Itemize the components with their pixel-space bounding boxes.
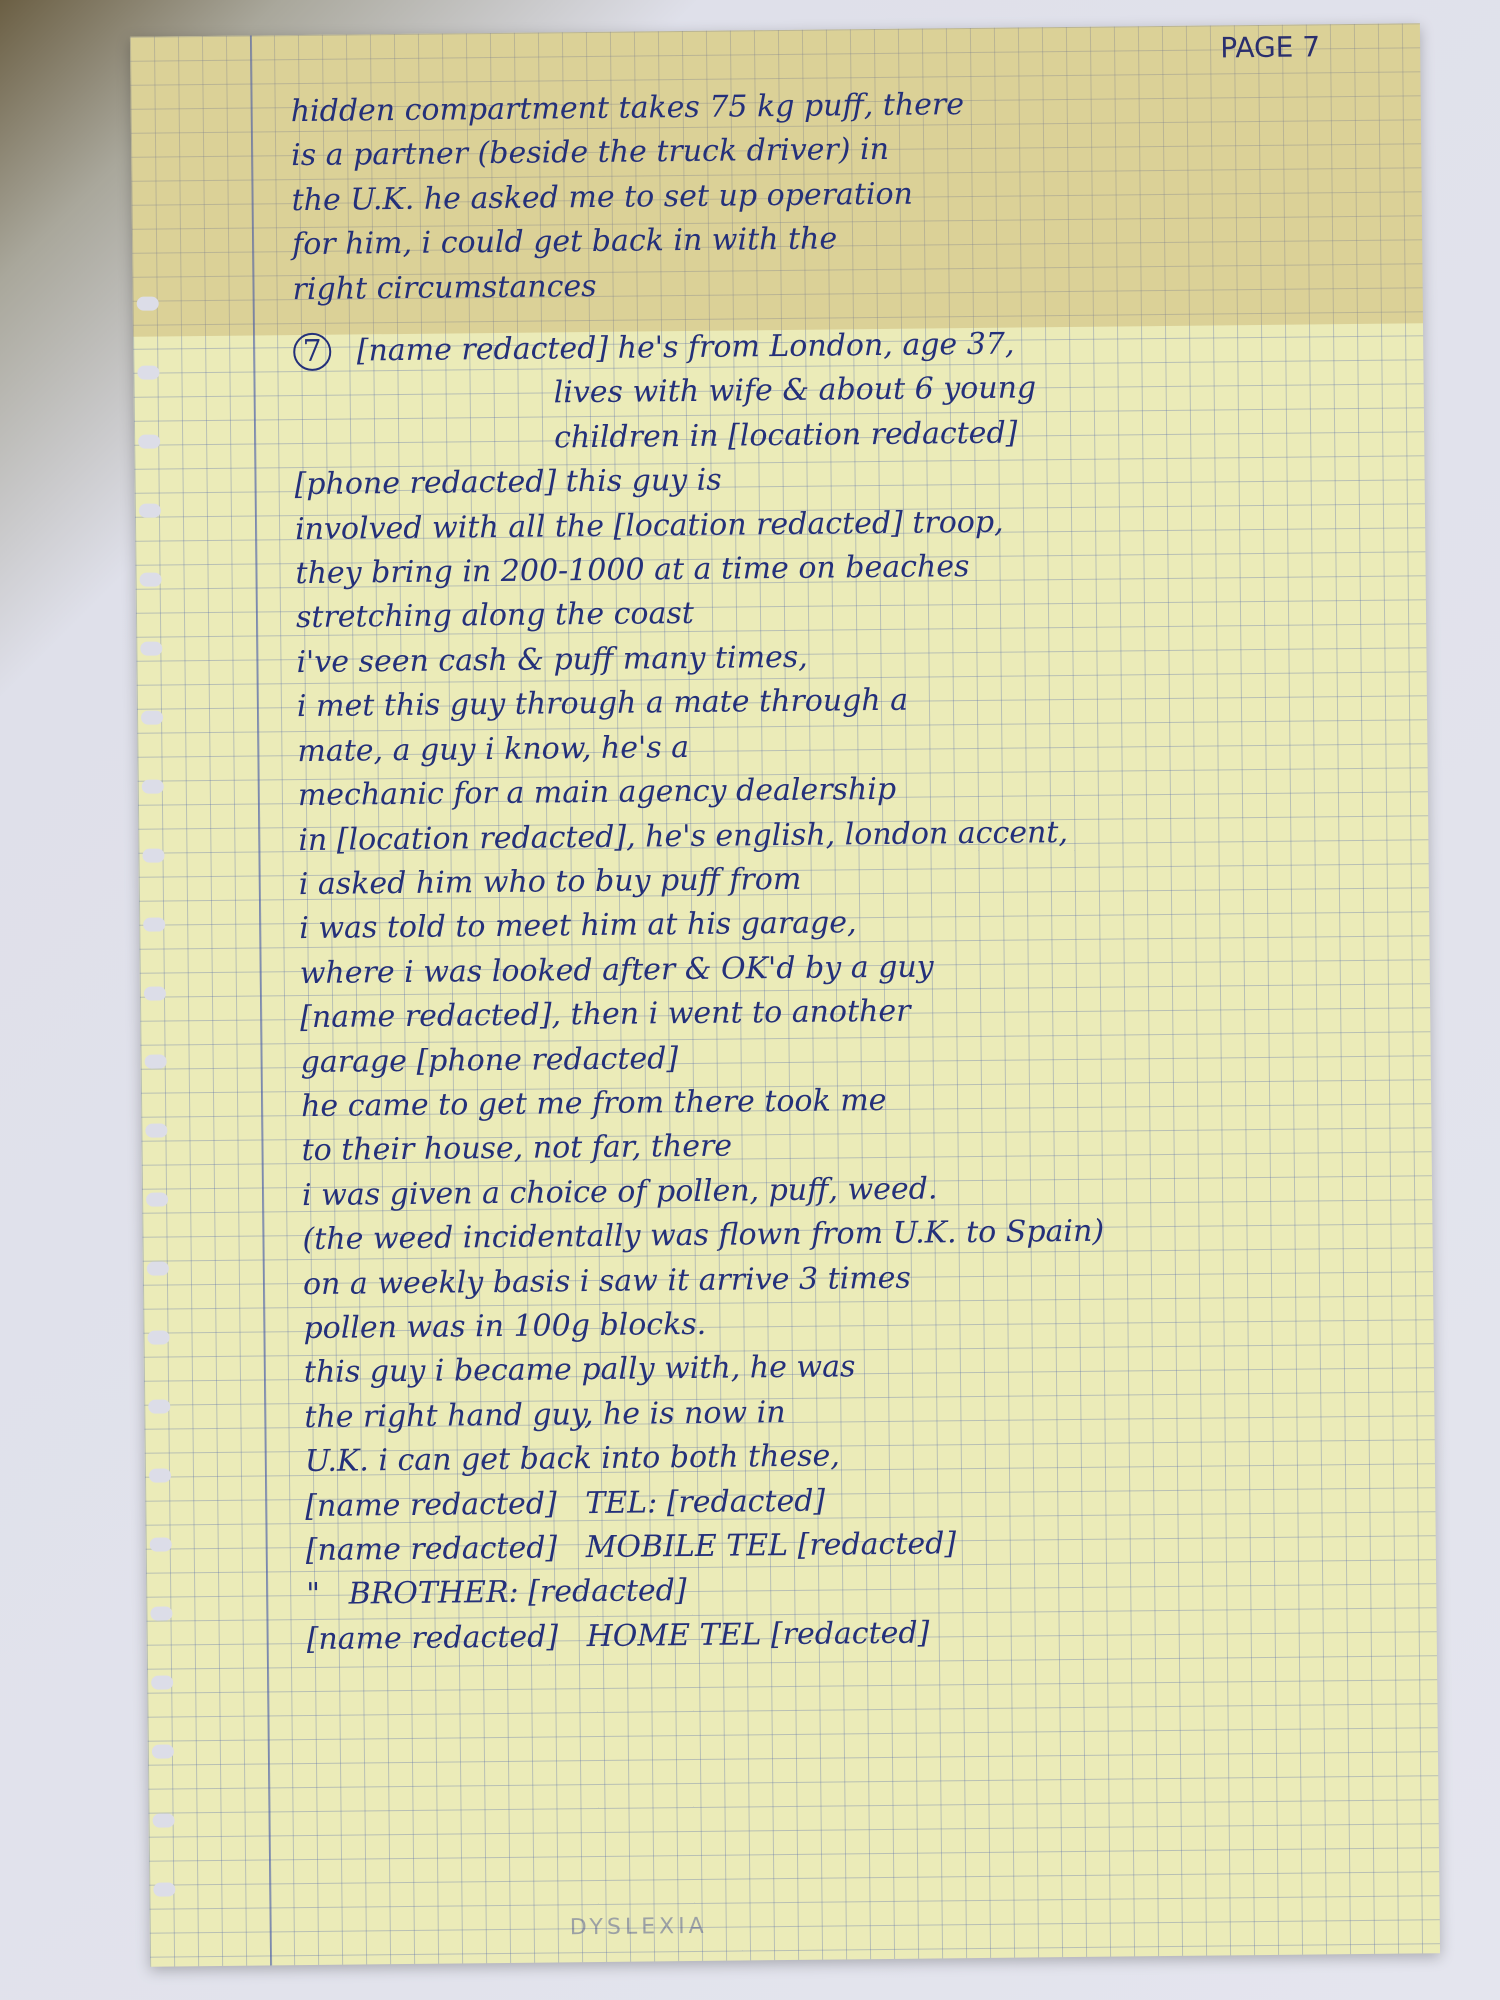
page-number: PAGE 7 [1220,30,1320,64]
entry-number-circle: 7 [293,333,331,371]
notebook-page: PAGE 7 hidden compartment takes 75 kg pu… [130,23,1440,1966]
faint-footer-note: DYSLEXIA [570,1914,708,1940]
handwritten-text: hidden compartment takes 75 kg puff, the… [290,79,1386,1662]
entry-heading: [name redacted] he's from London, age 37… [357,327,1015,369]
